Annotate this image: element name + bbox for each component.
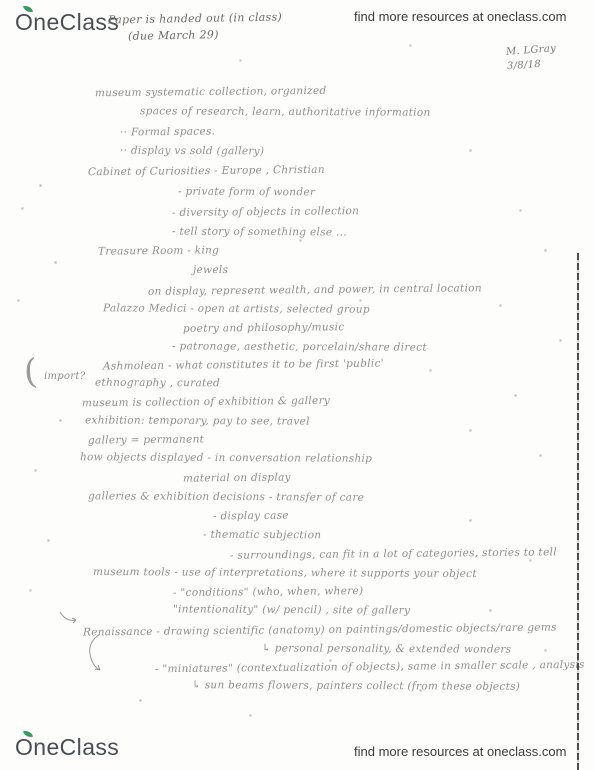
note-line: museum systematic collection, organized	[95, 85, 327, 99]
footer-tagline: find more resources at oneclass.com	[354, 744, 566, 759]
note-line: ·· Formal spaces.	[120, 126, 215, 139]
note-line: "intentionality" (w/ pencil) , site of g…	[173, 603, 410, 616]
handwritten-date-note: 3/8/18	[507, 59, 542, 72]
note-line: - surroundings, can fit in a lot of cate…	[230, 546, 557, 561]
scan-noise	[0, 0, 1, 1]
note-line: ·· display vs sold (gallery)	[120, 145, 264, 158]
note-line: Treasure Room - king	[98, 244, 219, 257]
note-line: - diversity of objects in collection	[172, 205, 359, 219]
margin-brace: (	[23, 352, 39, 393]
oneclass-logo-top: OneClass	[15, 9, 119, 36]
note-line: ethnography , curated	[95, 377, 220, 390]
header-tagline: find more resources at oneclass.com	[354, 9, 566, 24]
note-line: how objects displayed - in conversation …	[80, 451, 372, 465]
brand-name: OneClass	[15, 734, 119, 761]
note-line: Renaissance - drawing scientific (anatom…	[83, 622, 557, 639]
note-line: gallery = permanent	[88, 433, 204, 446]
scan-edge-artifact	[577, 253, 579, 770]
note-line: - tell story of something else ...	[172, 226, 347, 239]
margin-note-import: import?	[44, 371, 85, 382]
note-line: - display case	[213, 510, 289, 523]
margin-arrow-icon	[58, 610, 80, 624]
note-line: spaces of research, learn, authoritative…	[140, 105, 431, 119]
note-line: ↳ sun beams flowers, painters collect (f…	[192, 679, 520, 693]
note-line: Cabinet of Curiosities - Europe , Christ…	[88, 164, 325, 178]
note-line: galleries & exhibition decisions - trans…	[88, 490, 364, 503]
note-line: exhibition: temporary, pay to see, trave…	[85, 414, 310, 427]
note-line: - "miniatures" (contextualization of obj…	[155, 659, 585, 675]
note-line: jewels	[193, 264, 228, 276]
note-line: museum is collection of exhibition & gal…	[82, 395, 330, 410]
note-line: - "conditions" (who, when, where)	[173, 585, 364, 599]
note-line: - private form of wonder	[178, 186, 315, 199]
note-line: ↳ personal personality, & extended wonde…	[262, 642, 511, 655]
brand-name: OneClass	[15, 9, 119, 36]
note-line: - thematic subjection	[203, 529, 321, 542]
note-line: - patronage, aesthetic, porcelain/share …	[172, 340, 427, 353]
handwritten-header-note-2: (due March 29)	[128, 28, 219, 43]
note-line: on display, represent wealth, and power,…	[148, 282, 482, 297]
oneclass-logo-bottom: OneClass	[15, 734, 119, 761]
note-line: Ashmolean - what constitutes it to be fi…	[103, 358, 384, 373]
note-line: material on display	[183, 471, 291, 484]
handwritten-author-note: M. LGray	[506, 43, 557, 57]
scanned-note-page: OneClass find more resources at oneclass…	[0, 0, 595, 770]
note-line: museum tools - use of interpretations, w…	[93, 566, 477, 580]
handwritten-header-note-1: Paper is handed out (in class)	[108, 10, 282, 26]
note-line: poetry and philosophy/music	[183, 321, 345, 335]
note-line: Palazzo Medici - open at artists, select…	[103, 302, 370, 315]
